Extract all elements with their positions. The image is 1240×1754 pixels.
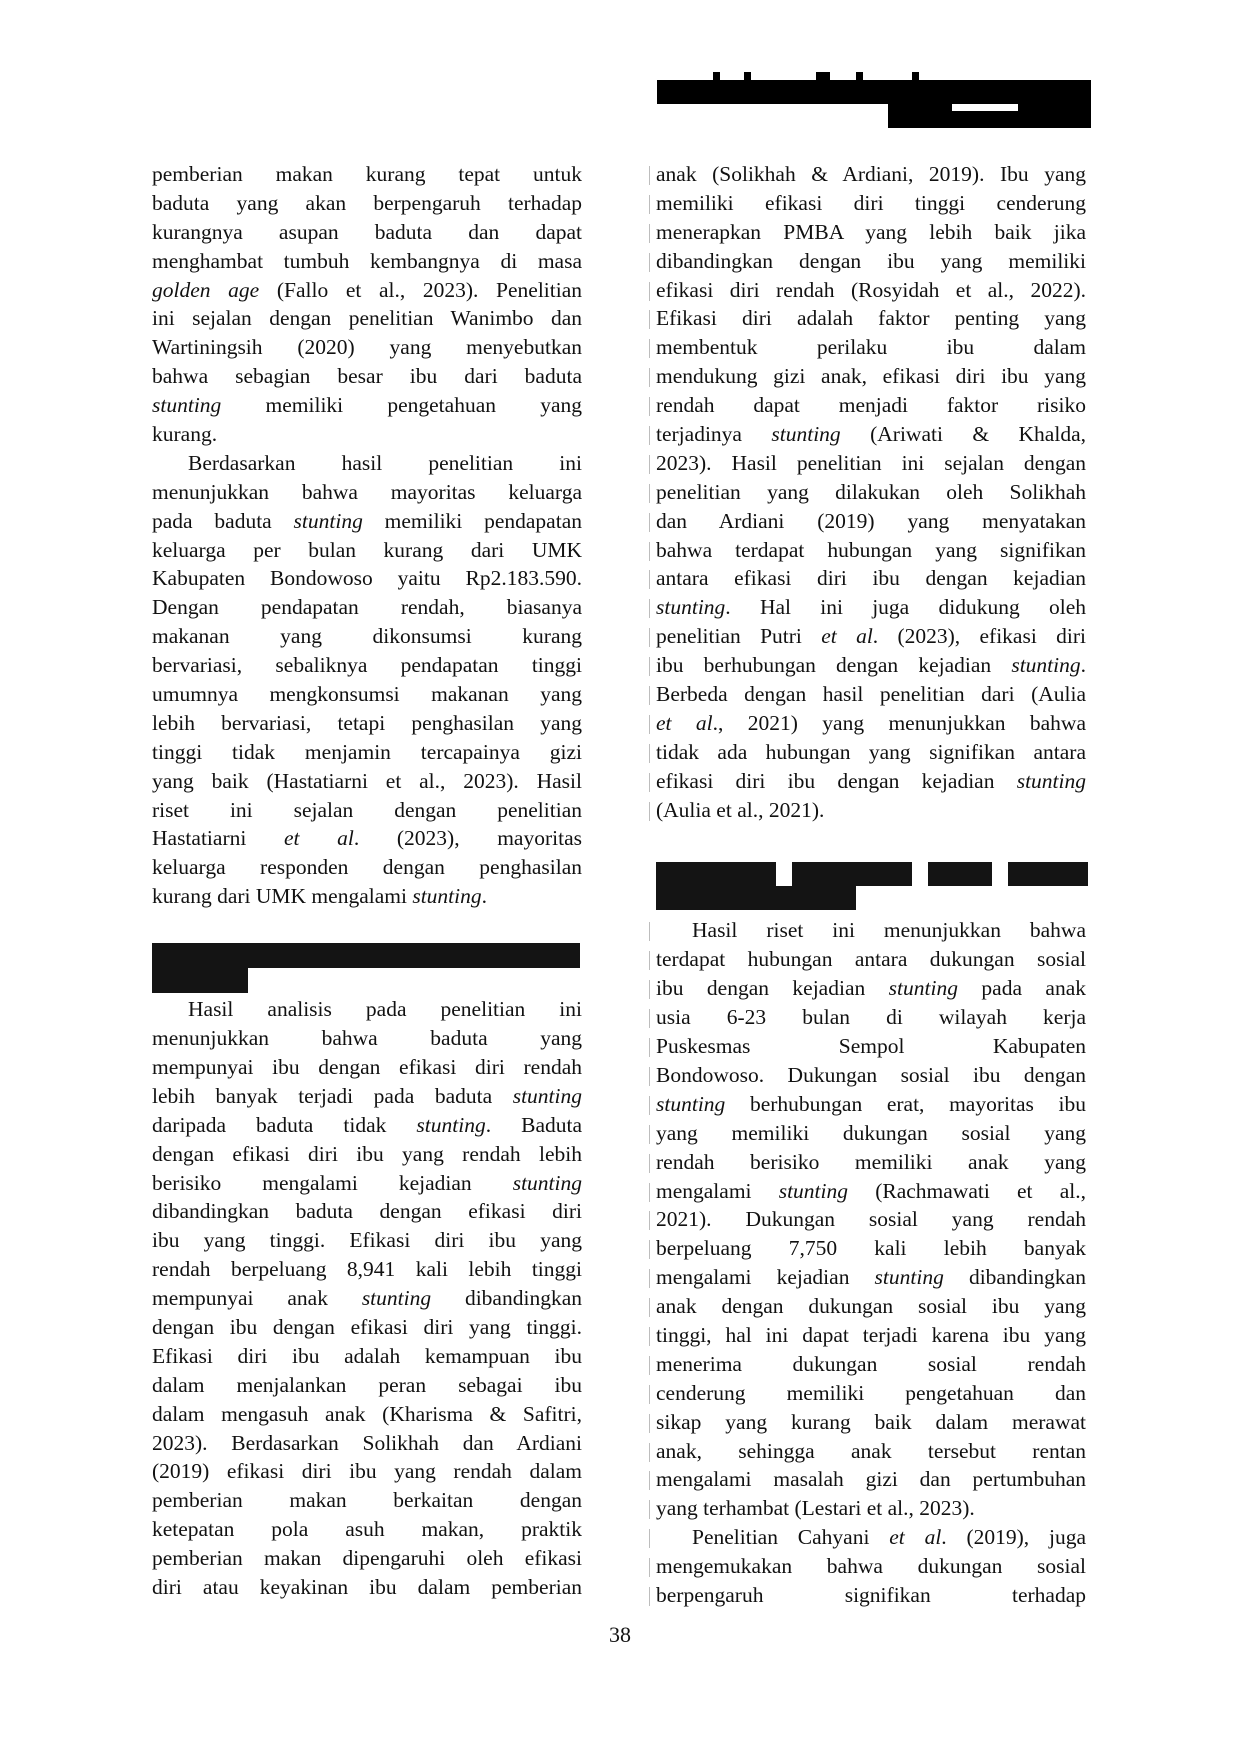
italic-term: et al	[889, 1525, 941, 1549]
text-line: dengan efikasi diri ibu yang rendah lebi…	[152, 1140, 582, 1169]
text-line: antara efikasi diri ibu dengan kejadian	[656, 564, 1086, 593]
text-line: efikasi diri ibu dengan kejadian stuntin…	[656, 767, 1086, 796]
text-line: cenderung memiliki pengetahuan dan	[656, 1379, 1086, 1408]
text-line: tidak ada hubungan yang signifikan antar…	[656, 738, 1086, 767]
italic-term: stunting	[889, 976, 958, 1000]
text-line: sikap yang kurang baik dalam merawat	[656, 1408, 1086, 1437]
italic-term: stunting	[656, 1092, 725, 1116]
text-line: mempunyai anak stunting dibandingkan	[152, 1284, 582, 1313]
text-line: ibu berhubungan dengan kejadian stunting…	[656, 651, 1086, 680]
redacted-heading-word-3	[928, 862, 992, 886]
text-line: menghambat tumbuh kembangnya di masa	[152, 247, 582, 276]
italic-term: stunting	[412, 884, 481, 908]
text-run: Penelitian Cahyani	[692, 1525, 889, 1549]
text-line: bahwa sebagian besar ibu dari baduta	[152, 362, 582, 391]
text-line: keluarga responden dengan penghasilan	[152, 853, 582, 882]
redacted-running-head-tick	[912, 72, 919, 80]
text-line: menunjukkan bahwa mayoritas keluarga	[152, 478, 582, 507]
italic-term: et al	[656, 711, 713, 735]
text-run: efikasi diri ibu dengan kejadian	[656, 769, 1017, 793]
text-run: kurang dari UMK mengalami	[152, 884, 412, 908]
text-line: anak (Solikhah & Ardiani, 2019). Ibu yan…	[656, 160, 1086, 189]
text-run: (Ariwati & Khalda,	[841, 422, 1086, 446]
text-line: penelitian yang dilakukan oleh Solikhah	[656, 478, 1086, 507]
redacted-heading-word-2	[792, 862, 912, 886]
text-line: rendah dapat menjadi faktor risiko	[656, 391, 1086, 420]
text-line: golden age (Fallo et al., 2023). Penelit…	[152, 276, 582, 305]
text-line: tinggi tidak menjamin tercapainya gizi	[152, 738, 582, 767]
text-line: memiliki efikasi diri tinggi cenderung	[656, 189, 1086, 218]
text-line: ini sejalan dengan penelitian Wanimbo da…	[152, 304, 582, 333]
text-line: anak dengan dukungan sosial ibu yang	[656, 1292, 1086, 1321]
text-line: lebih bervariasi, tetapi penghasilan yan…	[152, 709, 582, 738]
text-run: terjadinya	[656, 422, 771, 446]
text-line: 2021). Dukungan sosial yang rendah	[656, 1205, 1086, 1234]
redacted-heading-line-2	[152, 968, 248, 993]
text-run: berhubungan erat, mayoritas ibu	[725, 1092, 1086, 1116]
text-line: bervariasi, sebaliknya pendapatan tinggi	[152, 651, 582, 680]
text-run: ., 2021) yang menunjukkan bahwa	[713, 711, 1086, 735]
text-line: mengalami stunting (Rachmawati et al.,	[656, 1177, 1086, 1206]
text-run: mempunyai anak	[152, 1286, 362, 1310]
text-line: terjadinya stunting (Ariwati & Khalda,	[656, 420, 1086, 449]
text-line: (Aulia et al., 2021).	[656, 796, 1086, 825]
text-run: . (2023), mayoritas	[354, 826, 582, 850]
text-line: Efikasi diri adalah faktor penting yang	[656, 304, 1086, 333]
text-line: stunting berhubungan erat, mayoritas ibu	[656, 1090, 1086, 1119]
text-line: menunjukkan bahwa baduta yang	[152, 1024, 582, 1053]
redacted-running-head-tick	[816, 72, 830, 80]
italic-term: stunting	[779, 1179, 848, 1203]
text-line: Hasil analisis pada penelitian ini	[152, 995, 582, 1024]
text-run: memiliki pendapatan	[363, 509, 582, 533]
text-line: pemberian makan berkaitan dengan	[152, 1486, 582, 1515]
text-line: usia 6-23 bulan di wilayah kerja	[656, 1003, 1086, 1032]
text-line: et al., 2021) yang menunjukkan bahwa	[656, 709, 1086, 738]
text-line: dibandingkan dengan ibu yang memiliki	[656, 247, 1086, 276]
text-line: terdapat hubungan antara dukungan sosial	[656, 945, 1086, 974]
redacted-heading-word-4	[1008, 862, 1088, 886]
text-line: dengan ibu dengan efikasi diri yang ting…	[152, 1313, 582, 1342]
text-run: memiliki pengetahuan yang	[221, 393, 582, 417]
text-line: membentuk perilaku ibu dalam	[656, 333, 1086, 362]
redacted-running-head-tick	[744, 72, 751, 80]
text-run: penelitian Putri	[656, 624, 821, 648]
italic-term: et al	[284, 826, 354, 850]
text-run: mengalami kejadian	[656, 1265, 875, 1289]
text-run: .	[482, 884, 487, 908]
text-line: Berbeda dengan hasil penelitian dari (Au…	[656, 680, 1086, 709]
right-column-text-block-2: Hasil riset ini menunjukkan bahwaterdapa…	[656, 916, 1086, 1609]
text-line: (2019) efikasi diri ibu yang rendah dala…	[152, 1457, 582, 1486]
text-run: . Hal ini juga didukung oleh	[725, 595, 1086, 619]
italic-term: stunting	[416, 1113, 485, 1137]
text-line: rendah berpeluang 8,941 kali lebih tingg…	[152, 1255, 582, 1284]
text-run: . (2019), juga	[941, 1525, 1086, 1549]
text-line: pemberian makan kurang tepat untuk	[152, 160, 582, 189]
text-line: berpengaruh signifikan terhadap	[656, 1581, 1086, 1610]
text-line: mengalami masalah gizi dan pertumbuhan	[656, 1465, 1086, 1494]
italic-term: stunting	[513, 1171, 582, 1195]
italic-term: stunting	[656, 595, 725, 619]
text-line: anak, sehingga anak tersebut rentan	[656, 1437, 1086, 1466]
text-line: Bondowoso. Dukungan sosial ibu dengan	[656, 1061, 1086, 1090]
text-line: stunting. Hal ini juga didukung oleh	[656, 593, 1086, 622]
text-line: kurang.	[152, 420, 582, 449]
text-line: mengemukakan bahwa dukungan sosial	[656, 1552, 1086, 1581]
text-line: berisiko mengalami kejadian stunting	[152, 1169, 582, 1198]
italic-term: stunting	[771, 422, 840, 446]
italic-term: stunting	[362, 1286, 431, 1310]
italic-term: stunting	[513, 1084, 582, 1108]
text-run: (Rachmawati et al.,	[848, 1179, 1086, 1203]
left-column-text-block-2: Hasil analisis pada penelitian inimenunj…	[152, 995, 582, 1602]
text-line: 2023). Berdasarkan Solikhah dan Ardiani	[152, 1429, 582, 1458]
text-line: menerapkan PMBA yang lebih baik jika	[656, 218, 1086, 247]
text-line: mempunyai ibu dengan efikasi diri rendah	[152, 1053, 582, 1082]
right-column: anak (Solikhah & Ardiani, 2019). Ibu yan…	[656, 160, 1086, 1610]
text-run: .	[1081, 653, 1086, 677]
text-line: yang memiliki dukungan sosial yang	[656, 1119, 1086, 1148]
redacted-running-head-part	[879, 80, 1091, 104]
redacted-running-head-tick	[713, 72, 720, 80]
page-number: 38	[0, 1622, 1240, 1648]
text-run: pada baduta	[152, 509, 294, 533]
text-line: Hasil riset ini menunjukkan bahwa	[656, 916, 1086, 945]
text-run: . (2023), efikasi diri	[873, 624, 1086, 648]
redacted-heading-line-1	[152, 943, 580, 968]
text-line: mengalami kejadian stunting dibandingkan	[656, 1263, 1086, 1292]
text-line: dan Ardiani (2019) yang menyatakan	[656, 507, 1086, 536]
text-line: daripada baduta tidak stunting. Baduta	[152, 1111, 582, 1140]
text-run: ibu berhubungan dengan kejadian	[656, 653, 1011, 677]
text-run: Hastatiarni	[152, 826, 284, 850]
text-line: menerima dukungan sosial rendah	[656, 1350, 1086, 1379]
text-line: keluarga per bulan kurang dari UMK	[152, 536, 582, 565]
redacted-running-head	[657, 80, 879, 104]
text-run: dibandingkan	[944, 1265, 1086, 1289]
redacted-heading-word-1	[656, 862, 776, 886]
text-line: ibu dengan kejadian stunting pada anak	[656, 974, 1086, 1003]
text-line: Wartiningsih (2020) yang menyebutkan	[152, 333, 582, 362]
text-line: ibu yang tinggi. Efikasi diri ibu yang	[152, 1226, 582, 1255]
italic-term: et al	[821, 624, 873, 648]
right-column-text-block-1: anak (Solikhah & Ardiani, 2019). Ibu yan…	[656, 160, 1086, 824]
text-line: umumnya mengkonsumsi makanan yang	[152, 680, 582, 709]
text-line: kurang dari UMK mengalami stunting.	[152, 882, 582, 911]
text-line: baduta yang akan berpengaruh terhadap	[152, 189, 582, 218]
text-line: ketepatan pola asuh makan, praktik	[152, 1515, 582, 1544]
redacted-section-heading-right	[656, 854, 1086, 916]
text-line: bahwa terdapat hubungan yang signifikan	[656, 536, 1086, 565]
text-line: dibandingkan baduta dengan efikasi diri	[152, 1197, 582, 1226]
italic-term: stunting	[875, 1265, 944, 1289]
text-line: Dengan pendapatan rendah, biasanya	[152, 593, 582, 622]
left-column: pemberian makan kurang tepat untukbaduta…	[152, 160, 582, 1602]
text-line: Efikasi diri ibu adalah kemampuan ibu	[152, 1342, 582, 1371]
left-column-text-block-1: pemberian makan kurang tepat untukbaduta…	[152, 160, 582, 911]
text-line: kurangnya asupan baduta dan dapat	[152, 218, 582, 247]
text-line: dalam mengasuh anak (Kharisma & Safitri,	[152, 1400, 582, 1429]
text-run: (Fallo et al., 2023). Penelitian	[259, 278, 582, 302]
text-run: daripada baduta tidak	[152, 1113, 416, 1137]
italic-term: stunting	[1017, 769, 1086, 793]
text-run: lebih banyak terjadi pada baduta	[152, 1084, 513, 1108]
text-line: 2023). Hasil penelitian ini sejalan deng…	[656, 449, 1086, 478]
redacted-section-heading-left	[152, 935, 582, 995]
text-line: stunting memiliki pengetahuan yang	[152, 391, 582, 420]
text-run: dibandingkan	[431, 1286, 582, 1310]
text-run: berisiko mengalami kejadian	[152, 1171, 513, 1195]
text-line: Hastatiarni et al. (2023), mayoritas	[152, 824, 582, 853]
text-line: yang terhambat (Lestari et al., 2023).	[656, 1494, 1086, 1523]
text-line: mendukung gizi anak, efikasi diri ibu ya…	[656, 362, 1086, 391]
text-line: lebih banyak terjadi pada baduta stuntin…	[152, 1082, 582, 1111]
redacted-running-head-gap	[952, 104, 1018, 111]
text-line: rendah berisiko memiliki anak yang	[656, 1148, 1086, 1177]
text-line: penelitian Putri et al. (2023), efikasi …	[656, 622, 1086, 651]
text-line: Penelitian Cahyani et al. (2019), juga	[656, 1523, 1086, 1552]
italic-term: stunting	[294, 509, 363, 533]
italic-term: stunting	[152, 393, 221, 417]
text-run: mengalami	[656, 1179, 779, 1203]
text-line: tinggi, hal ini dapat terjadi karena ibu…	[656, 1321, 1086, 1350]
text-line: yang baik (Hastatiarni et al., 2023). Ha…	[152, 767, 582, 796]
text-line: diri atau keyakinan ibu dalam pemberian	[152, 1573, 582, 1602]
text-line: Puskesmas Sempol Kabupaten	[656, 1032, 1086, 1061]
text-run: . Baduta	[486, 1113, 582, 1137]
text-line: makanan yang dikonsumsi kurang	[152, 622, 582, 651]
italic-term: stunting	[1011, 653, 1080, 677]
text-line: berpeluang 7,750 kali lebih banyak	[656, 1234, 1086, 1263]
text-line: Kabupaten Bondowoso yaitu Rp2.183.590.	[152, 564, 582, 593]
text-run: ibu dengan kejadian	[656, 976, 889, 1000]
text-line: pemberian makan dipengaruhi oleh efikasi	[152, 1544, 582, 1573]
text-line: pada baduta stunting memiliki pendapatan	[152, 507, 582, 536]
redacted-heading-line-2	[656, 886, 856, 910]
text-run: pada anak	[958, 976, 1086, 1000]
text-line: Berdasarkan hasil penelitian ini	[152, 449, 582, 478]
text-line: efikasi diri rendah (Rosyidah et al., 20…	[656, 276, 1086, 305]
text-line: riset ini sejalan dengan penelitian	[152, 796, 582, 825]
text-line: dalam menjalankan peran sebagai ibu	[152, 1371, 582, 1400]
italic-term: golden age	[152, 278, 259, 302]
redacted-running-head-tick	[856, 72, 863, 80]
